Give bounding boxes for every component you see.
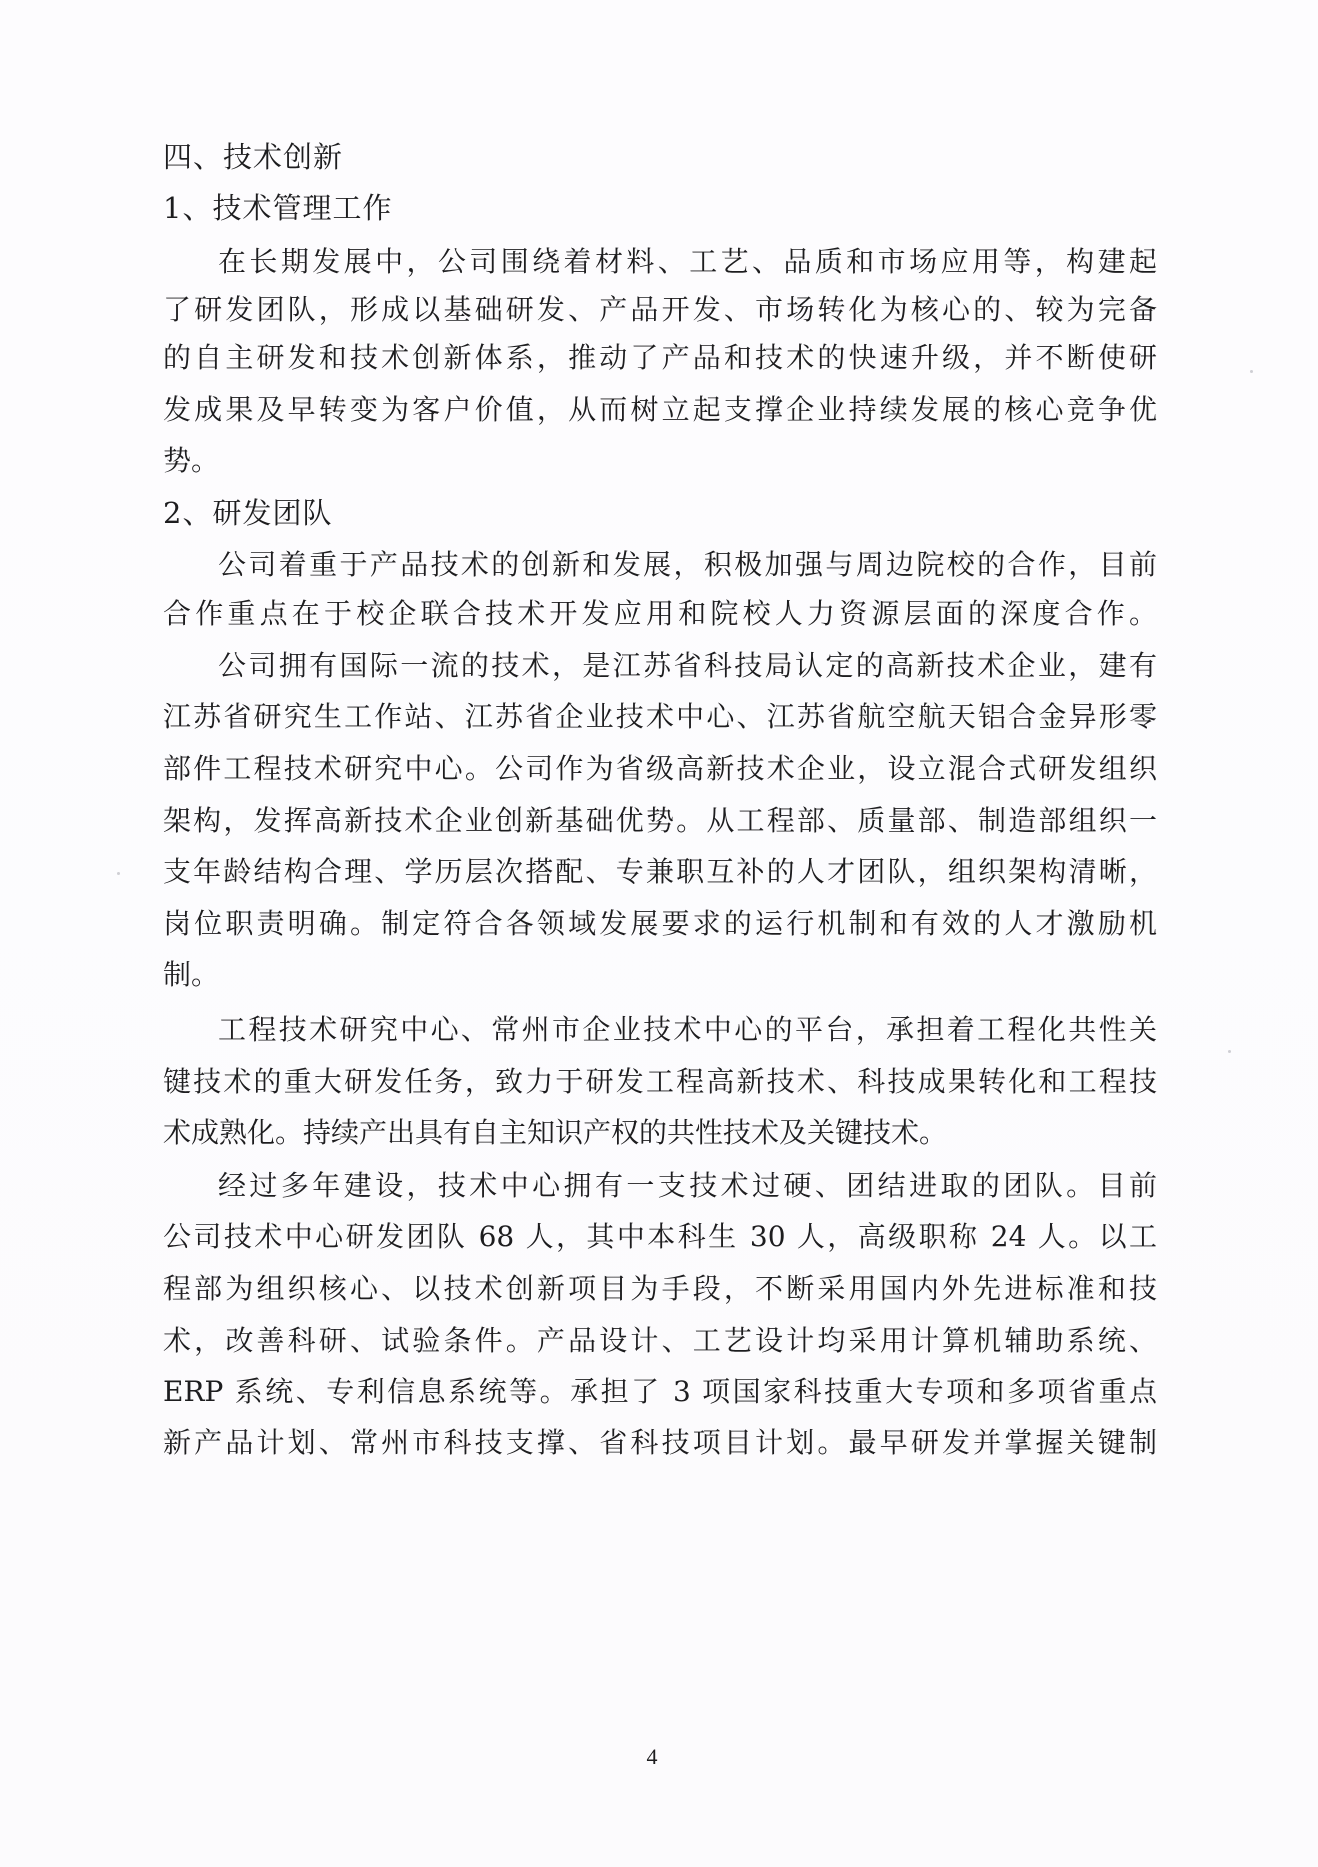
paragraph-line: 在长期发展中，公司围绕着材料、工艺、品质和市场应用等，构建起: [218, 242, 1157, 282]
paragraph-line: 江苏省研究生工作站、江苏省企业技术中心、江苏省航空航天铝合金异形零: [163, 697, 1157, 737]
paragraph-line: 程部为组织核心、以技术创新项目为手段，不断采用国内外先进标准和技: [163, 1269, 1157, 1309]
subsection-heading-rd-team: 2、研发团队: [163, 493, 332, 533]
scan-speck: [117, 872, 120, 875]
paragraph-line: 合作重点在于校企联合技术开发应用和院校人力资源层面的深度合作。: [163, 594, 1157, 634]
paragraph-line: 经过多年建设，技术中心拥有一支技术过硬、团结进取的团队。目前: [218, 1166, 1157, 1206]
scan-speck: [1228, 1050, 1231, 1053]
paragraph-line: 发成果及早转变为客户价值，从而树立起支撑企业持续发展的核心竞争优: [163, 390, 1157, 430]
paragraph-line: 术成熟化。持续产出具有自主知识产权的共性技术及关键技术。: [163, 1113, 947, 1153]
paragraph-line: ERP 系统、专利信息系统等。承担了 3 项国家科技重大专项和多项省重点: [163, 1372, 1157, 1412]
document-page: 四、技术创新 1、技术管理工作 在长期发展中，公司围绕着材料、工艺、品质和市场应…: [0, 0, 1318, 1867]
page-number: 4: [640, 1742, 664, 1772]
paragraph-line: 新产品计划、常州市科技支撑、省科技项目计划。最早研发并掌握关键制: [163, 1423, 1157, 1463]
paragraph-line: 岗位职责明确。制定符合各领域发展要求的运行机制和有效的人才激励机: [163, 904, 1157, 944]
paragraph-line: 支年龄结构合理、学历层次搭配、专兼职互补的人才团队，组织架构清晰，: [163, 852, 1157, 892]
subsection-heading-tech-management: 1、技术管理工作: [163, 188, 392, 228]
paragraph-line: 制。: [163, 955, 219, 995]
paragraph-line: 术，改善科研、试验条件。产品设计、工艺设计均采用计算机辅助系统、: [163, 1321, 1157, 1361]
section-title: 四、技术创新: [163, 137, 343, 177]
paragraph-line: 公司技术中心研发团队 68 人，其中本科生 30 人，高级职称 24 人。以工: [163, 1217, 1157, 1257]
paragraph-line: 势。: [163, 441, 219, 481]
paragraph-line: 的自主研发和技术创新体系，推动了产品和技术的快速升级，并不断使研: [163, 338, 1157, 378]
scan-speck: [1250, 370, 1253, 373]
paragraph-line: 了研发团队，形成以基础研发、产品开发、市场转化为核心的、较为完备: [163, 290, 1157, 330]
paragraph-line: 键技术的重大研发任务，致力于研发工程高新技术、科技成果转化和工程技: [163, 1062, 1157, 1102]
paragraph-line: 架构，发挥高新技术企业创新基础优势。从工程部、质量部、制造部组织一: [163, 801, 1157, 841]
paragraph-line: 部件工程技术研究中心。公司作为省级高新技术企业，设立混合式研发组织: [163, 749, 1157, 789]
paragraph-line: 公司拥有国际一流的技术，是江苏省科技局认定的高新技术企业，建有: [218, 646, 1157, 686]
paragraph-line: 公司着重于产品技术的创新和发展，积极加强与周边院校的合作，目前: [218, 545, 1157, 585]
paragraph-line: 工程技术研究中心、常州市企业技术中心的平台，承担着工程化共性关: [218, 1010, 1157, 1050]
